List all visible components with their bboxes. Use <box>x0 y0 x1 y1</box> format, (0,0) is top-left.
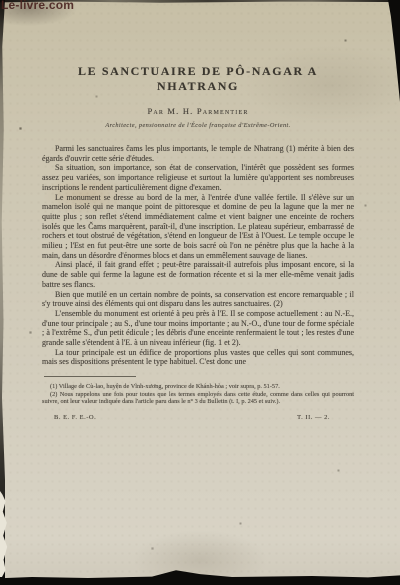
page-footer: B. E. F. E.-O. T. II. — 2. <box>42 414 354 421</box>
article-body: Parmi les sanctuaires čams les plus impo… <box>42 144 354 367</box>
watermark-text: Le-livre.com <box>1 0 74 12</box>
footnote-separator <box>44 376 136 377</box>
scanned-page: LE SANCTUAIRE DE PÔ-NAGAR A NHATRANG Par… <box>0 0 400 585</box>
article-byline-role: Architecte, pensionnaire de l'École fran… <box>42 122 354 129</box>
article-title: LE SANCTUAIRE DE PÔ-NAGAR A NHATRANG <box>42 64 354 94</box>
article-byline: Par M. H. Parmentier <box>42 106 354 116</box>
paragraph: Parmi les sanctuaires čams les plus impo… <box>42 144 354 163</box>
footnote: (1) Village de Cù-lao, huyện de Vĩnh-xươ… <box>42 383 354 391</box>
article: LE SANCTUAIRE DE PÔ-NAGAR A NHATRANG Par… <box>42 64 354 421</box>
paragraph: Bien que mutilé en un certain nombre de … <box>42 290 354 309</box>
footer-signature-left: B. E. F. E.-O. <box>54 414 96 421</box>
scan-edge-bottom <box>0 569 400 585</box>
footer-signature-right: T. II. — 2. <box>297 414 330 421</box>
footnote: (2) Nous rappelons une fois pour toutes … <box>42 391 354 406</box>
paragraph: L'ensemble du monument est orienté à peu… <box>42 309 354 348</box>
paragraph: Le monument se dresse au bord de la mer,… <box>42 193 354 261</box>
paragraph: Sa situation, son importance, son état d… <box>42 163 354 192</box>
scan-corner-top-right <box>387 0 400 102</box>
footnotes: (1) Village de Cù-lao, huyện de Vĩnh-xươ… <box>42 383 354 406</box>
paragraph: Ainsi placé, il fait grand effet ; peut-… <box>42 260 354 289</box>
paragraph: La tour principale est un édifice de pro… <box>42 348 354 367</box>
